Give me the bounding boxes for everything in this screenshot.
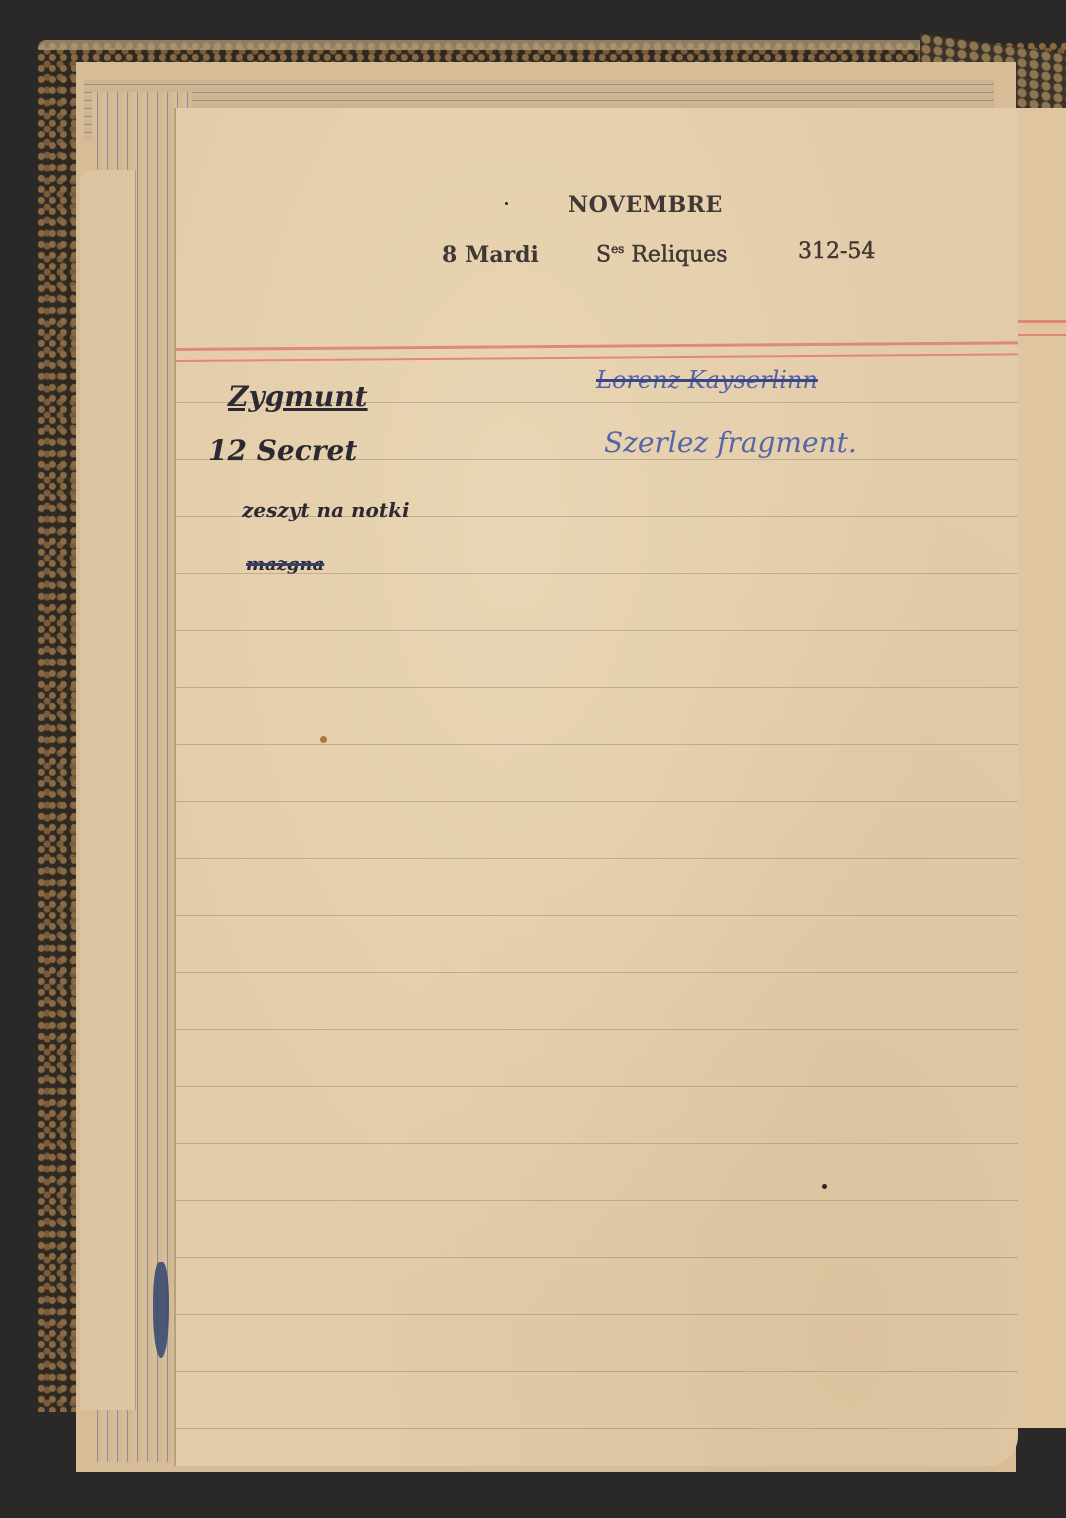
paper-speck (320, 736, 327, 743)
handwritten-entry: 12 Secret (208, 434, 357, 467)
handwritten-entry: zeszyt na notki (242, 498, 410, 522)
month-title: NOVEMBRE (568, 192, 723, 218)
diary-scan: NOVEMBRE 8 Mardi Ses Reliques 312-54 Zyg… (0, 0, 1066, 1518)
header-red-rule (176, 341, 1018, 351)
saint-of-day: Ses Reliques (596, 242, 728, 267)
day-label: 8 Mardi (442, 242, 539, 268)
diary-page: NOVEMBRE 8 Mardi Ses Reliques 312-54 Zyg… (176, 108, 1018, 1466)
paper-speck (505, 202, 508, 205)
loose-leaf (80, 170, 135, 1410)
ink-stain (153, 1262, 169, 1358)
day-of-year-count: 312-54 (798, 239, 875, 264)
handwritten-entry: Zygmunt (228, 380, 368, 413)
paper-speck (822, 1184, 827, 1189)
handwritten-entry-struck: Lorenz Kayserlinn (596, 366, 818, 394)
header-red-rule (176, 353, 1018, 362)
cover-edge (38, 40, 938, 50)
handwritten-entry: Szerlez fragment. (604, 426, 857, 459)
handwritten-entry-struck: mazgna (246, 554, 324, 575)
